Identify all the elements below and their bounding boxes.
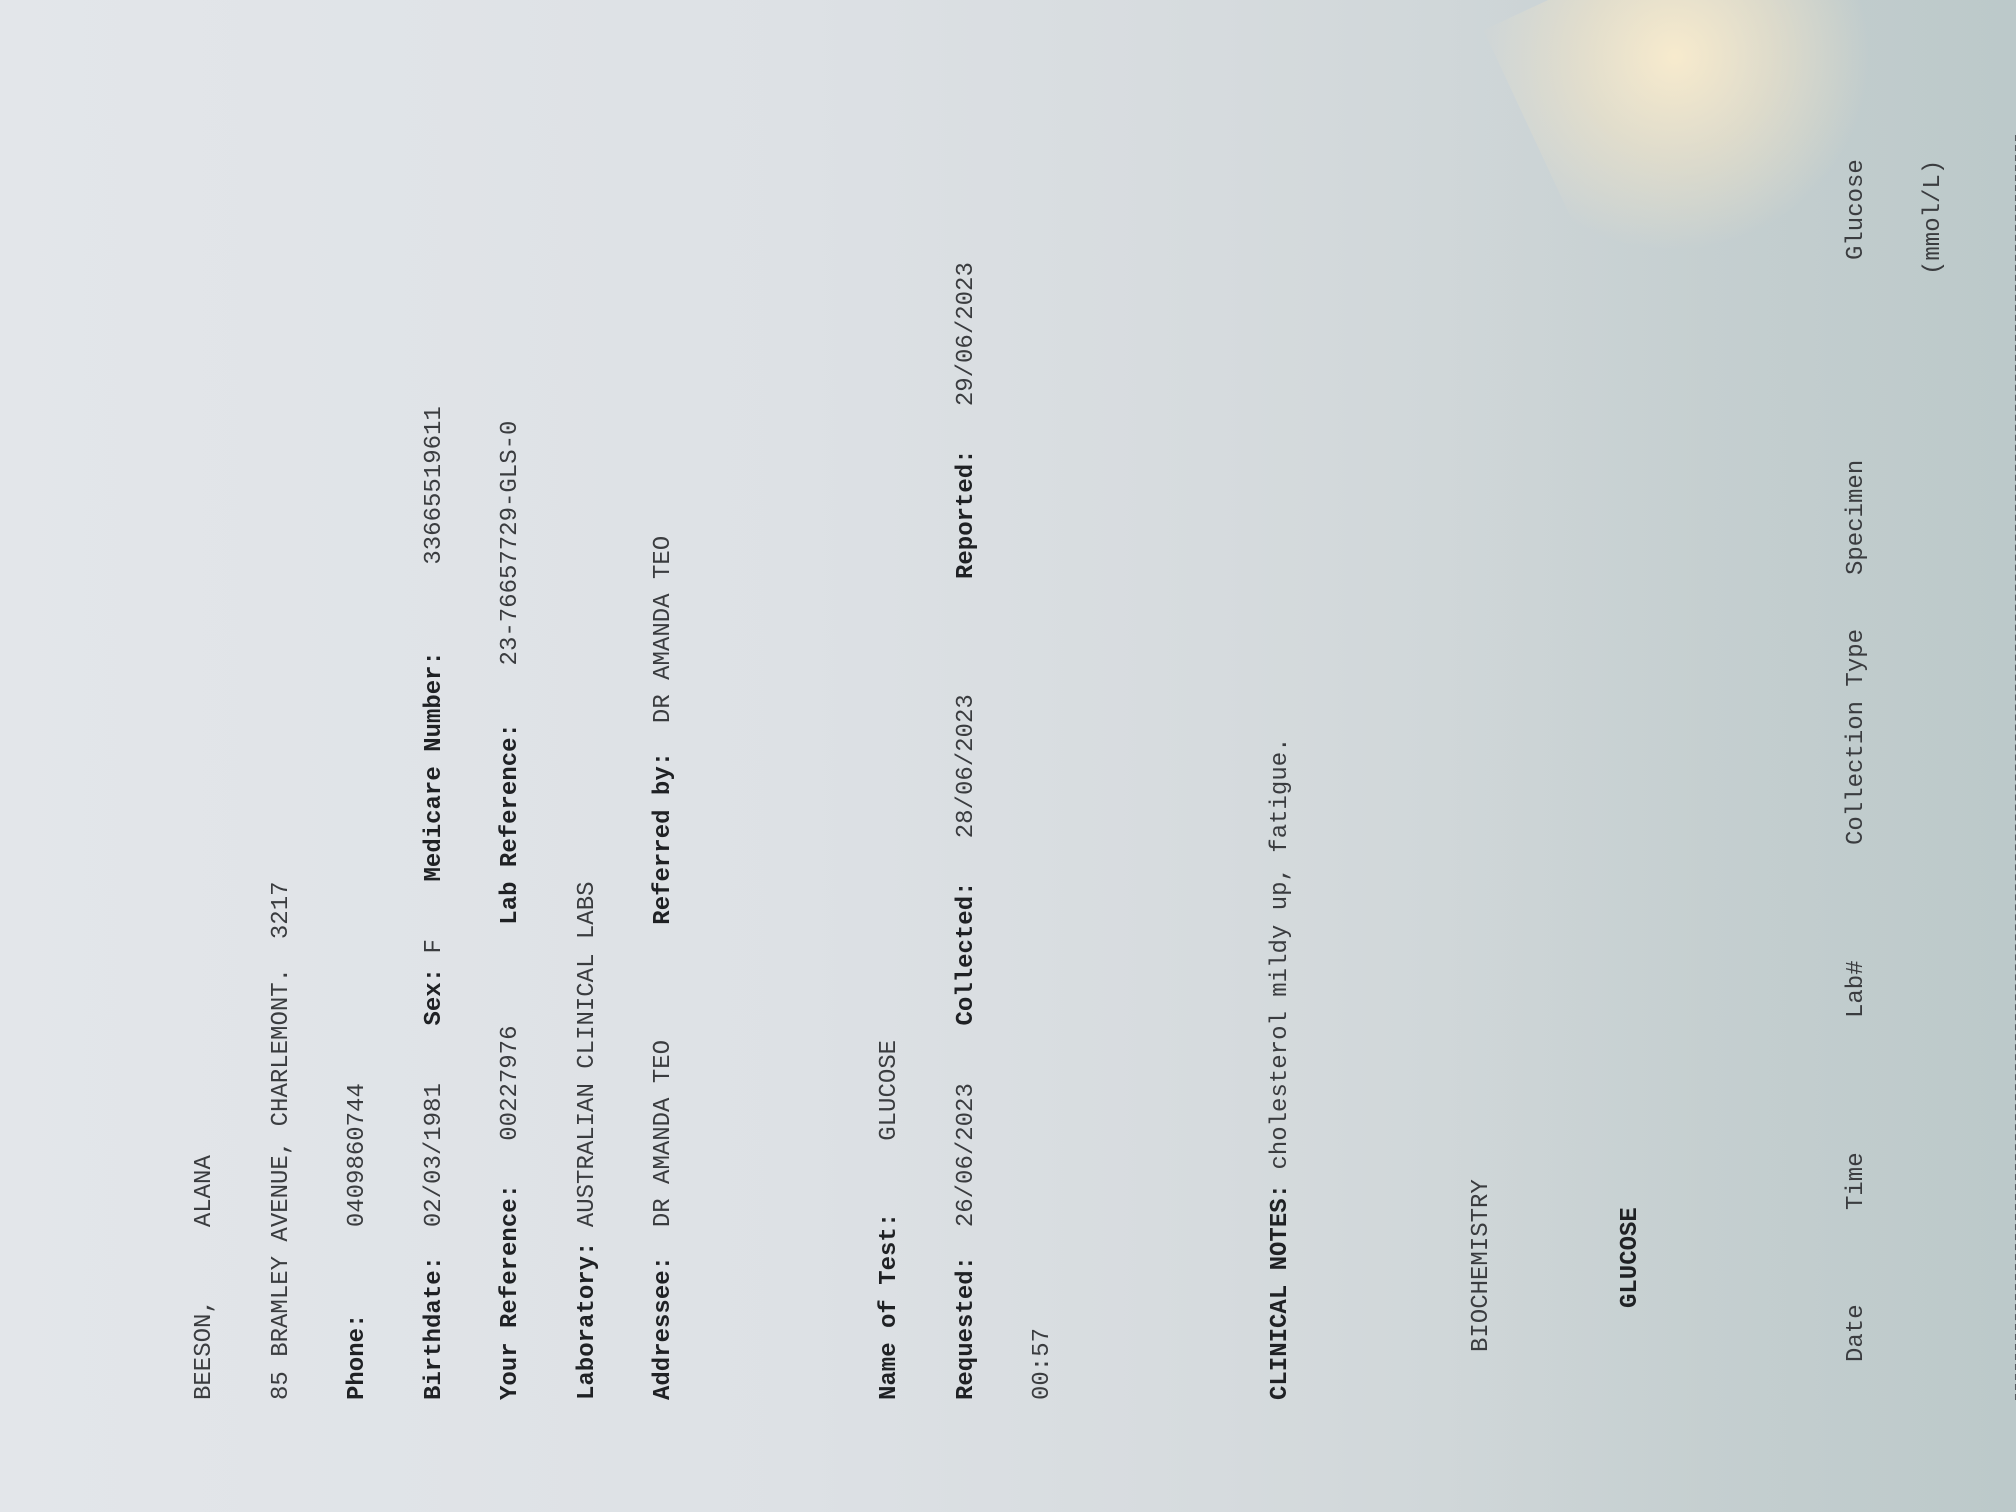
collected-date: 28/06/2023 xyxy=(953,694,980,838)
col-header-glucose: Glucose xyxy=(1844,159,1870,260)
patient-address: 85 BRAMLEY AVENUE, CHARLEMONT. xyxy=(268,968,295,1400)
col-header-glucose-unit: (mmol/L) xyxy=(1921,160,1947,275)
results-table-header-units: (mmol/L) xyxy=(1921,80,1947,1400)
patient-birthdate-line: Birthdate: 02/03/1981 Sex: F Medicare Nu… xyxy=(422,80,448,1400)
phone-label: Phone: xyxy=(344,1314,371,1400)
reported-label: Reported: xyxy=(953,449,980,579)
clinical-notes-text: cholesterol mildy up, fatigue. xyxy=(1267,737,1294,1169)
pathology-report-page: BEESON, ALANA 85 BRAMLEY AVENUE, CHARLEM… xyxy=(90,80,2016,1400)
col-header-specimen: Specimen xyxy=(1844,460,1870,575)
section-title-text: GLUCOSE xyxy=(1617,1207,1644,1308)
test-name: GLUCOSE xyxy=(876,1040,903,1141)
collected-label: Collected: xyxy=(953,881,980,1025)
sex-label: Sex: xyxy=(421,968,448,1026)
referred-by-label: Referred by: xyxy=(650,752,677,925)
laboratory-label: Laboratory: xyxy=(574,1242,601,1400)
col-header-date: Date xyxy=(1844,1304,1870,1362)
medicare-label: Medicare Number: xyxy=(421,651,448,881)
table-divider xyxy=(2003,135,2016,1400)
patient-birthdate: 02/03/1981 xyxy=(421,1083,448,1227)
test-name-label: Name of Test: xyxy=(876,1213,903,1400)
your-reference: 00227976 xyxy=(497,1026,524,1141)
requested-time-line: 00:57 xyxy=(1030,80,1056,1400)
test-name-line: Name of Test: GLUCOSE xyxy=(877,80,903,1400)
patient-given-name: ALANA xyxy=(191,1155,218,1227)
requested-label: Requested: xyxy=(953,1256,980,1400)
reported-date: 29/06/2023 xyxy=(953,262,980,406)
patient-phone: 0409860744 xyxy=(344,1083,371,1227)
col-header-lab-no: Lab# xyxy=(1844,960,1870,1018)
your-reference-label: Your Reference: xyxy=(497,1184,524,1400)
birthdate-label: Birthdate: xyxy=(421,1256,448,1400)
patient-postcode: 3217 xyxy=(268,882,295,940)
patient-surname: BEESON, xyxy=(191,1299,218,1400)
patient-name-line: BEESON, ALANA xyxy=(192,80,218,1400)
laboratory-name: AUSTRALIAN CLINICAL LABS xyxy=(574,882,601,1228)
col-header-collection-type: Collection Type xyxy=(1844,629,1870,845)
addressee-name: DR AMANDA TEO xyxy=(650,1040,677,1227)
department-name: BIOCHEMISTRY xyxy=(1468,1179,1495,1352)
addressee-label: Addressee: xyxy=(650,1256,677,1400)
your-reference-line: Your Reference: 00227976 Lab Reference: … xyxy=(498,80,524,1400)
patient-phone-line: Phone: 0409860744 xyxy=(345,80,371,1400)
lab-reference: 23-76657729-GLS-0 xyxy=(497,421,524,666)
department-heading: BIOCHEMISTRY xyxy=(1469,80,1495,1400)
clinical-notes-line: CLINICAL NOTES: cholesterol mildy up, fa… xyxy=(1268,80,1294,1400)
referred-by-name: DR AMANDA TEO xyxy=(650,536,677,723)
clinical-notes-label: CLINICAL NOTES: xyxy=(1267,1184,1294,1400)
col-header-time: Time xyxy=(1844,1152,1870,1210)
medicare-number: 33665519611 xyxy=(421,406,448,564)
patient-address-line: 85 BRAMLEY AVENUE, CHARLEMONT. 3217 xyxy=(269,80,295,1400)
test-dates-line: Requested: 26/06/2023 Collected: 28/06/2… xyxy=(954,80,980,1400)
patient-sex: F xyxy=(421,939,448,953)
requested-date: 26/06/2023 xyxy=(953,1083,980,1227)
requested-time: 00:57 xyxy=(1029,1328,1056,1400)
laboratory-line: Laboratory: AUSTRALIAN CLINICAL LABS xyxy=(575,80,601,1400)
section-title: GLUCOSE xyxy=(1618,80,1644,1400)
addressee-line: Addressee: DR AMANDA TEO Referred by: DR… xyxy=(651,80,677,1400)
lab-reference-label: Lab Reference: xyxy=(497,723,524,925)
results-table-header: Date Time Lab# Collection Type Specimen … xyxy=(1844,80,1870,1400)
